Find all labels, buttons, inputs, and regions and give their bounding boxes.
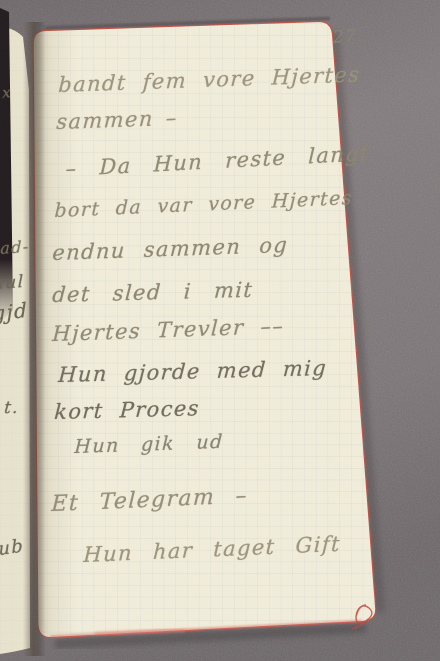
page-number: 27.: [332, 26, 363, 48]
notebook-scene: [0, 0, 440, 661]
notebook-photo: xmad-aulgjdt.jub bandt fem vore Hjertess…: [0, 0, 440, 661]
photo-grain: [0, 0, 440, 661]
